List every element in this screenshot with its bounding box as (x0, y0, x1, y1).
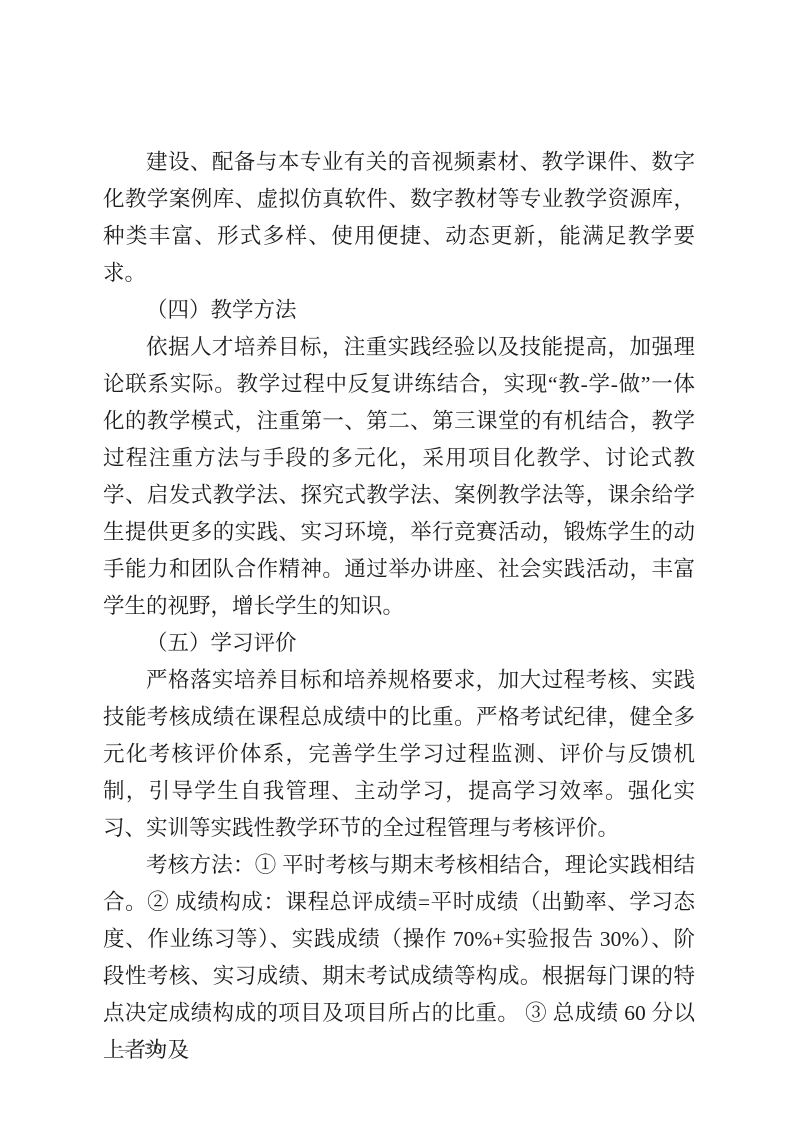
page-footer: — 30 — (118, 1043, 188, 1058)
section-heading-learning-evaluation: （五）学习评价 (103, 625, 695, 662)
section-heading-teaching-methods: （四）教学方法 (103, 292, 695, 329)
document-body: 建设、配备与本专业有关的音视频素材、教学课件、数字化教学案例库、虚拟仿真软件、数… (103, 144, 695, 1069)
page-number: 30 (144, 1043, 162, 1058)
document-page: 建设、配备与本专业有关的音视频素材、教学课件、数字化教学案例库、虚拟仿真软件、数… (0, 0, 793, 1122)
footer-dash-left: — (118, 1045, 133, 1057)
paragraph-teaching-methods: 依据人才培养目标，注重实践经验以及技能提高，加强理论联系实际。教学过程中反复讲练… (103, 329, 695, 625)
paragraph-learning-evaluation: 严格落实培养目标和培养规格要求，加大过程考核、实践技能考核成绩在课程总成绩中的比… (103, 662, 695, 847)
paragraph-assessment-methods: 考核方法：① 平时考核与期末考核相结合，理论实践相结合。② 成绩构成：课程总评成… (103, 847, 695, 1069)
paragraph-teaching-resources: 建设、配备与本专业有关的音视频素材、教学课件、数字化教学案例库、虚拟仿真软件、数… (103, 144, 695, 292)
footer-dash-right: — (173, 1045, 188, 1057)
